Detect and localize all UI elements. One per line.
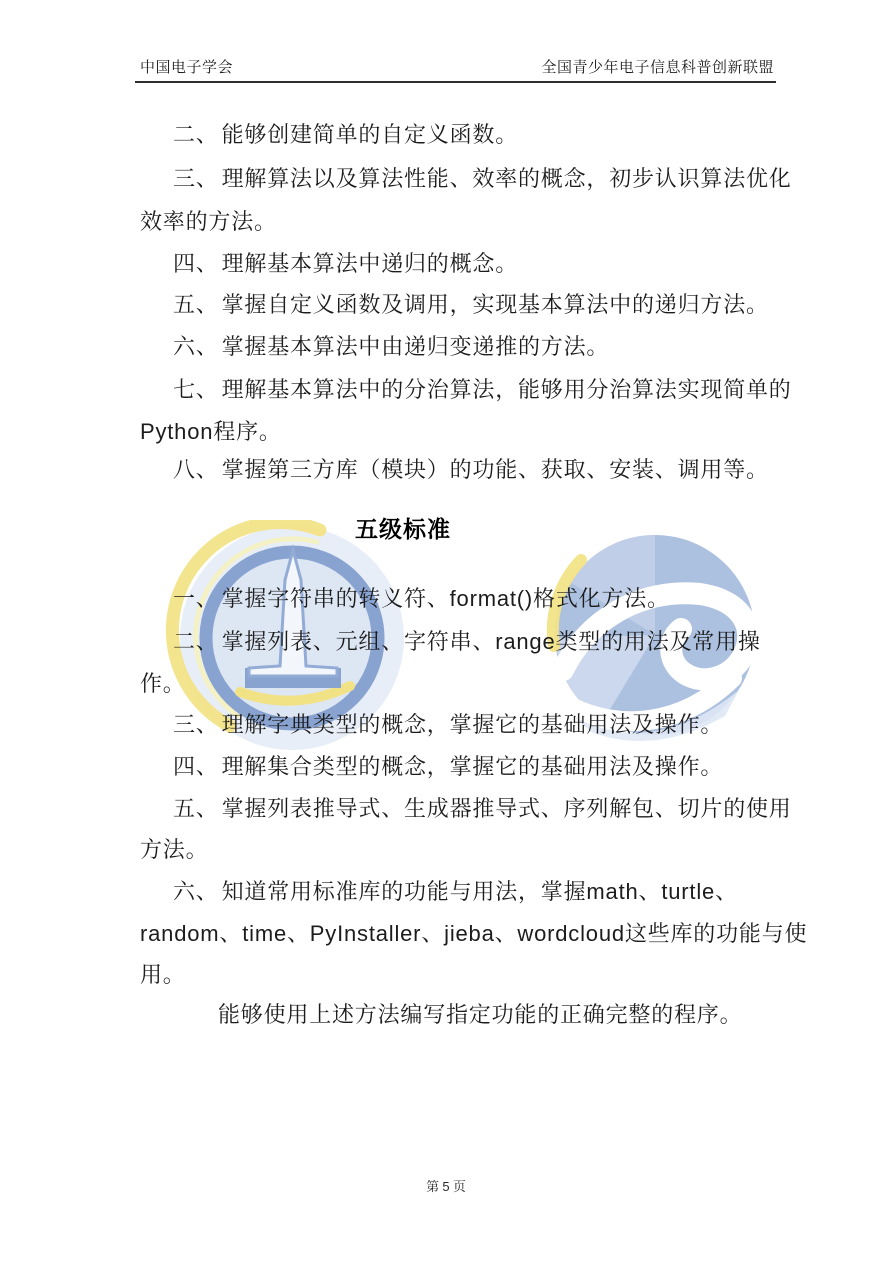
item-number: 二、 <box>173 122 219 147</box>
item-text: 用。 <box>140 962 186 987</box>
item-text: 理解基本算法中递归的概念。 <box>222 251 518 276</box>
list-line: 四、理解基本算法中递归的概念。 <box>140 247 809 278</box>
wrap-line: 方法。 <box>140 833 776 864</box>
list-line: 三、理解字典类型的概念，掌握它的基础用法及操作。 <box>140 708 809 739</box>
header-left-text: 中国电子学会 <box>140 56 233 77</box>
page-number: 第 5 页 <box>426 1179 466 1194</box>
list-line: 二、能够创建简单的自定义函数。 <box>140 118 809 149</box>
item-text: 掌握基本算法中由递归变递推的方法。 <box>222 334 610 359</box>
item-text: 掌握列表、元组、字符串、range类型的用法及常用操 <box>222 629 761 654</box>
wrap-line: 效率的方法。 <box>140 205 776 236</box>
list-line: 二、掌握列表、元组、字符串、range类型的用法及常用操 <box>140 625 809 656</box>
list-line: 三、理解算法以及算法性能、效率的概念，初步认识算法优化 <box>140 162 809 193</box>
item-number: 七、 <box>173 377 219 402</box>
item-text: 效率的方法。 <box>140 209 277 234</box>
item-number: 三、 <box>173 712 219 737</box>
item-text: 作。 <box>140 671 186 696</box>
item-number: 五、 <box>173 292 219 317</box>
list-line: 一、掌握字符串的转义符、format()格式化方法。 <box>140 582 809 613</box>
item-text: 理解集合类型的概念，掌握它的基础用法及操作。 <box>222 754 724 779</box>
list-line: 七、理解基本算法中的分治算法，能够用分治算法实现简单的 <box>140 373 809 404</box>
item-number: 八、 <box>173 457 219 482</box>
item-text: 知道常用标准库的功能与用法，掌握math、turtle、 <box>222 879 738 904</box>
wrap-line: 作。 <box>140 667 776 698</box>
item-number: 四、 <box>173 754 219 779</box>
item-number: 二、 <box>173 629 219 654</box>
list-line: 八、掌握第三方库（模块）的功能、获取、安装、调用等。 <box>140 453 809 484</box>
paragraph-line: 能够使用上述方法编写指定功能的正确完整的程序。 <box>140 998 854 1029</box>
item-text: 掌握列表推导式、生成器推导式、序列解包、切片的使用 <box>222 796 792 821</box>
item-text: 能够创建简单的自定义函数。 <box>222 122 518 147</box>
header-right-text: 全国青少年电子信息科普创新联盟 <box>541 56 774 77</box>
wrap-line: 用。 <box>140 958 776 989</box>
item-text: random、time、PyInstaller、jieba、wordcloud这… <box>140 921 807 946</box>
page-footer: 第 5 页 <box>0 1176 892 1195</box>
item-number: 四、 <box>173 251 219 276</box>
list-line: 五、掌握列表推导式、生成器推导式、序列解包、切片的使用 <box>140 792 809 823</box>
item-number: 五、 <box>173 796 219 821</box>
item-text: 理解算法以及算法性能、效率的概念，初步认识算法优化 <box>222 166 792 191</box>
list-line: 五、掌握自定义函数及调用，实现基本算法中的递归方法。 <box>140 288 809 319</box>
item-number: 一、 <box>173 586 219 611</box>
wrap-line: random、time、PyInstaller、jieba、wordcloud这… <box>140 917 776 948</box>
item-text: 理解基本算法中的分治算法，能够用分治算法实现简单的 <box>222 377 792 402</box>
section-title: 五级标准 <box>0 511 806 544</box>
item-text: 能够使用上述方法编写指定功能的正确完整的程序。 <box>218 1002 742 1027</box>
item-text: 掌握第三方库（模块）的功能、获取、安装、调用等。 <box>222 457 769 482</box>
item-number: 六、 <box>173 879 219 904</box>
item-text: Python程序。 <box>140 419 282 444</box>
wrap-line: Python程序。 <box>140 415 776 446</box>
list-line: 六、知道常用标准库的功能与用法，掌握math、turtle、 <box>140 875 809 906</box>
item-text: 掌握字符串的转义符、format()格式化方法。 <box>222 586 670 611</box>
header-rule <box>135 81 776 83</box>
item-text: 掌握自定义函数及调用，实现基本算法中的递归方法。 <box>222 292 769 317</box>
item-text: 方法。 <box>140 837 208 862</box>
list-line: 六、掌握基本算法中由递归变递推的方法。 <box>140 330 809 361</box>
item-number: 三、 <box>173 166 219 191</box>
list-line: 四、理解集合类型的概念，掌握它的基础用法及操作。 <box>140 750 809 781</box>
document-page: 中国电子学会 全国青少年电子信息科普创新联盟 二、能够创建简单的自定义函数。 三… <box>0 0 892 1262</box>
item-number: 六、 <box>173 334 219 359</box>
item-text: 理解字典类型的概念，掌握它的基础用法及操作。 <box>222 712 724 737</box>
